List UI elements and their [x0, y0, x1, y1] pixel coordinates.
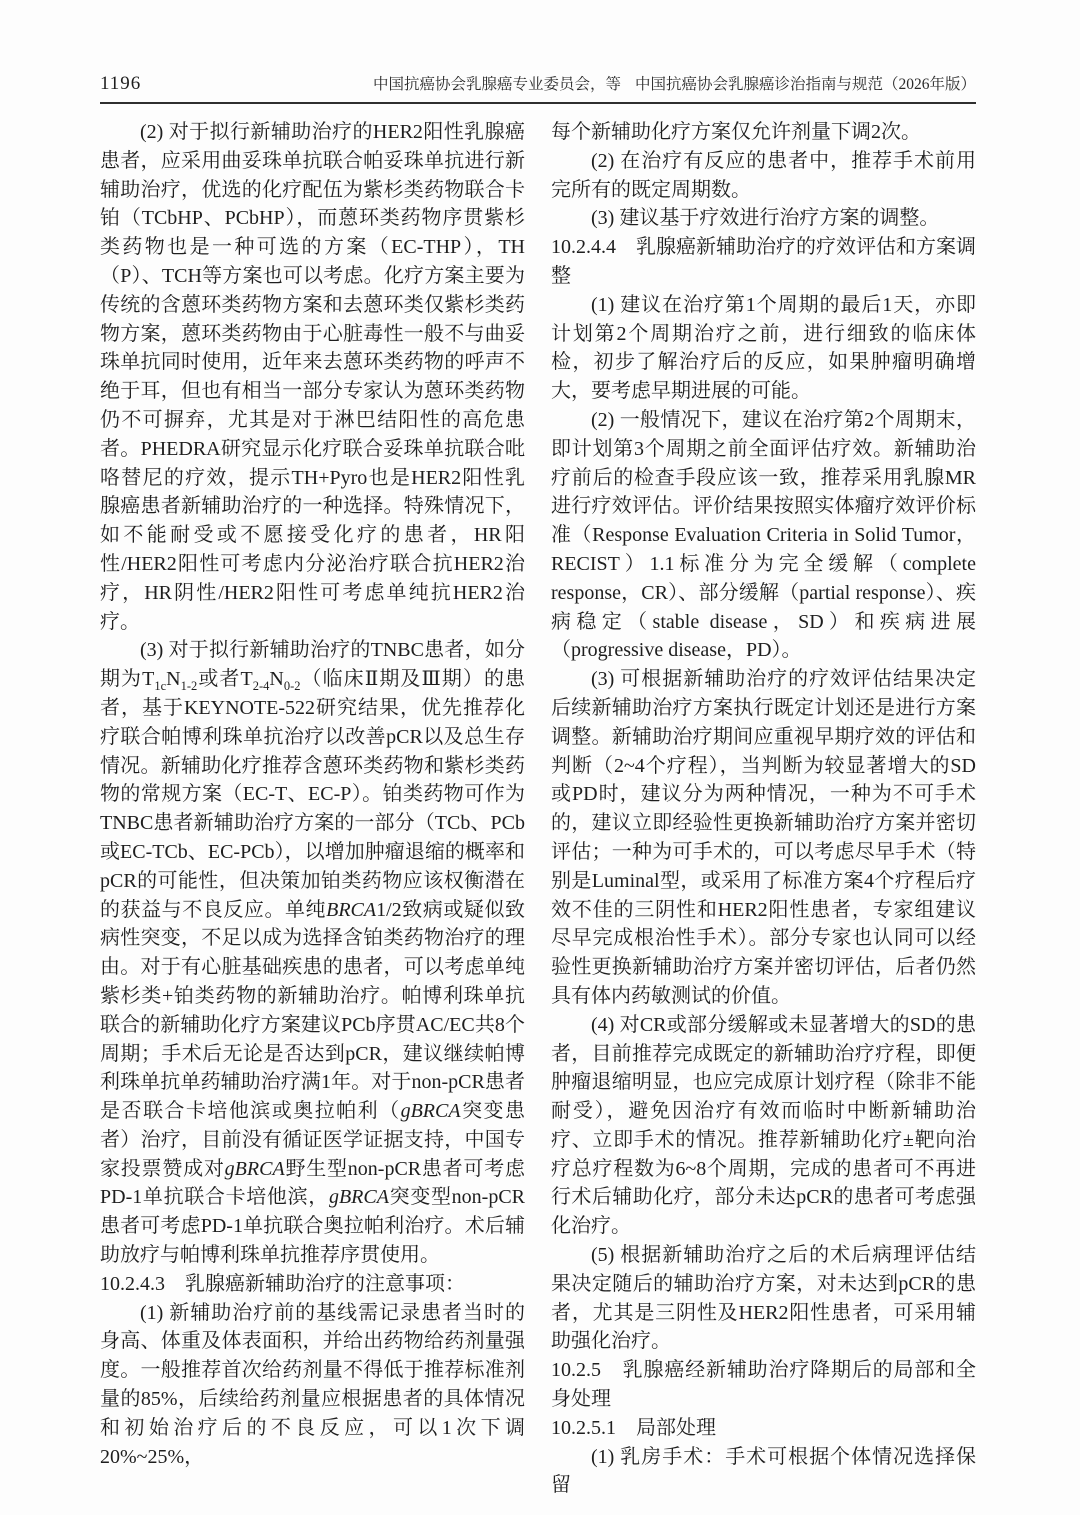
running-header: 中国抗癌协会乳腺癌专业委员会，等中国抗癌协会乳腺癌诊治指南与规范（2026年版）	[373, 72, 976, 94]
section-heading: 10.2.4.3 乳腺癌新辅助治疗的注意事项：	[100, 1270, 525, 1299]
page-header: 1196 中国抗癌协会乳腺癌专业委员会，等中国抗癌协会乳腺癌诊治指南与规范（20…	[100, 72, 976, 95]
section-heading: 10.2.5.1 局部处理	[551, 1414, 976, 1443]
running-header-citation: 中国抗癌协会乳腺癌专业委员会，等	[373, 76, 621, 93]
paragraph: (3) 建议基于疗效进行治疗方案的调整。	[551, 204, 976, 233]
section-heading: 10.2.4.4 乳腺癌新辅助治疗的疗效评估和方案调整	[551, 233, 976, 291]
paragraph-continuation: 每个新辅助化疗方案仅允许剂量下调2次。	[551, 118, 976, 147]
paragraph: (1) 新辅助治疗前的基线需记录患者当时的身高、体重及体表面积，并给出药物给药剂…	[100, 1299, 525, 1472]
paragraph: (5) 根据新辅助治疗之后的术后病理评估结果决定随后的辅助治疗方案，对未达到pC…	[551, 1241, 976, 1356]
right-column: 每个新辅助化疗方案仅允许剂量下调2次。(2) 在治疗有反应的患者中，推荐手术前用…	[551, 118, 976, 1500]
paragraph: (3) 可根据新辅助治疗的疗效评估结果决定后续新辅助治疗方案执行既定计划还是进行…	[551, 665, 976, 1011]
header-rule	[100, 102, 976, 104]
two-column-body: (2) 对于拟行新辅助治疗的HER2阳性乳腺癌患者，应采用曲妥珠单抗联合帕妥珠单…	[100, 118, 976, 1500]
paragraph: (1) 乳房手术：手术可根据个体情况选择保留	[551, 1443, 976, 1501]
paragraph: (1) 建议在治疗第1个周期的最后1天，亦即计划第2个周期治疗之前，进行细致的临…	[551, 291, 976, 406]
section-heading: 10.2.5 乳腺癌经新辅助治疗降期后的局部和全身处理	[551, 1356, 976, 1414]
running-header-title: 中国抗癌协会乳腺癌诊治指南与规范（2026年版）	[635, 76, 976, 93]
paragraph: (3) 对于拟行新辅助治疗的TNBC患者，如分期为T1cN1-2或者T2-4N0…	[100, 636, 525, 1270]
paragraph: (2) 一般情况下，建议在治疗第2个周期末，即计划第3个周期之前全面评估疗效。新…	[551, 406, 976, 665]
paragraph: (2) 对于拟行新辅助治疗的HER2阳性乳腺癌患者，应采用曲妥珠单抗联合帕妥珠单…	[100, 118, 525, 636]
page-number: 1196	[100, 73, 141, 95]
paragraph: (4) 对CR或部分缓解或未显著增大的SD的患者，目前推荐完成既定的新辅助治疗疗…	[551, 1011, 976, 1241]
paragraph: (2) 在治疗有反应的患者中，推荐手术前用完所有的既定周期数。	[551, 147, 976, 205]
document-page: 1196 中国抗癌协会乳腺癌专业委员会，等中国抗癌协会乳腺癌诊治指南与规范（20…	[0, 0, 1080, 1515]
left-column: (2) 对于拟行新辅助治疗的HER2阳性乳腺癌患者，应采用曲妥珠单抗联合帕妥珠单…	[100, 118, 525, 1500]
